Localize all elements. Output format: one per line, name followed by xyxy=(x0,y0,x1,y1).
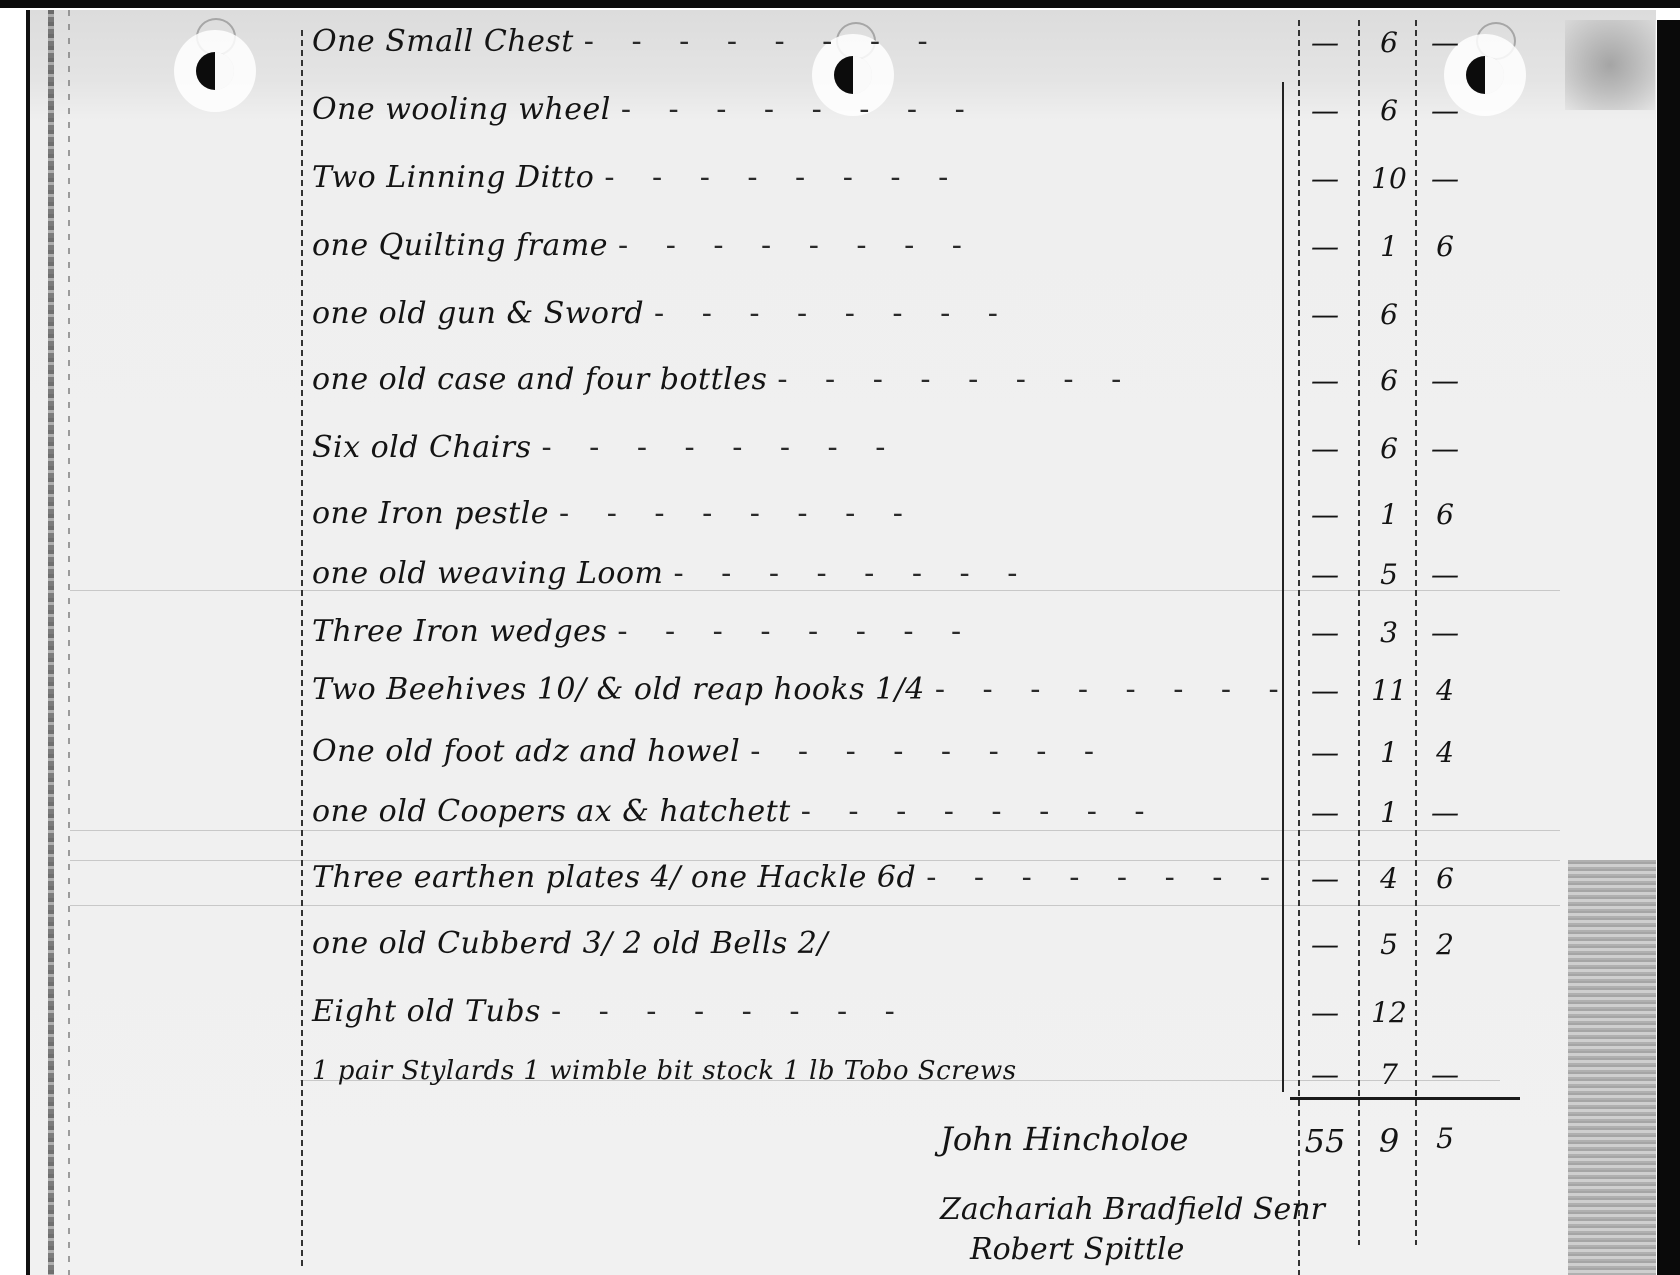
item-pounds: — xyxy=(1300,862,1350,895)
item-shillings: 6 xyxy=(1358,432,1420,465)
item-pence: — xyxy=(1420,1058,1470,1091)
ledger-row: Two Linning Ditto- - - - - - - - — 10 — xyxy=(0,160,1680,216)
item-shillings: 6 xyxy=(1358,94,1420,127)
item-pence: — xyxy=(1420,26,1470,59)
ledger-row: One old foot adz and howel- - - - - - - … xyxy=(0,734,1680,790)
item-pence: 4 xyxy=(1420,674,1470,707)
ledger-row: one old gun & Sword- - - - - - - - — 6 xyxy=(0,296,1680,352)
appraiser-signature: Zachariah Bradfield Senr xyxy=(940,1192,1325,1227)
ledger-row: one Iron pestle- - - - - - - - — 1 6 xyxy=(0,496,1680,552)
item-description: Two Linning Ditto- - - - - - - - xyxy=(312,160,962,195)
item-description: one old weaving Loom- - - - - - - - xyxy=(312,556,1031,591)
item-description: Two Beehives 10/ & old reap hooks 1/4- -… xyxy=(312,672,1293,707)
ledger-row: Six old Chairs- - - - - - - - — 6 — xyxy=(0,430,1680,486)
item-pounds: — xyxy=(1300,996,1350,1029)
item-shillings: 6 xyxy=(1358,298,1420,331)
item-description: One wooling wheel- - - - - - - - xyxy=(312,92,979,127)
item-pence: — xyxy=(1420,432,1470,465)
item-shillings: 11 xyxy=(1358,674,1420,707)
item-pounds: — xyxy=(1300,498,1350,531)
item-pounds: — xyxy=(1300,432,1350,465)
item-pence: — xyxy=(1420,558,1470,591)
item-pounds: — xyxy=(1300,230,1350,263)
item-pounds: — xyxy=(1300,162,1350,195)
appraiser-signature: Robert Spittle xyxy=(970,1232,1184,1267)
item-description: One Small Chest- - - - - - - - xyxy=(312,24,942,59)
item-pounds: — xyxy=(1300,26,1350,59)
ledger-row: Eight old Tubs- - - - - - - - — 12 xyxy=(0,994,1680,1050)
ledger-row: 1 pair Stylards 1 wimble bit stock 1 lb … xyxy=(0,1056,1680,1112)
item-description: one old Cubberd 3/ 2 old Bells 2/ xyxy=(312,926,828,961)
item-pounds: — xyxy=(1300,796,1350,829)
item-description: 1 pair Stylards 1 wimble bit stock 1 lb … xyxy=(312,1056,1017,1086)
item-pounds: — xyxy=(1300,364,1350,397)
ledger-row: Two Beehives 10/ & old reap hooks 1/4- -… xyxy=(0,672,1680,728)
item-description: one Quilting frame- - - - - - - - xyxy=(312,228,976,263)
ledger-row: one old weaving Loom- - - - - - - - — 5 … xyxy=(0,556,1680,612)
item-pence: 6 xyxy=(1420,230,1470,263)
item-pounds: — xyxy=(1300,558,1350,591)
item-shillings: 5 xyxy=(1358,558,1420,591)
total-row: John Hincholoe 55 9 5 xyxy=(0,1120,1680,1176)
item-shillings: 6 xyxy=(1358,26,1420,59)
item-shillings: 1 xyxy=(1358,736,1420,769)
item-shillings: 5 xyxy=(1358,928,1420,961)
ledger-row: Three earthen plates 4/ one Hackle 6d- -… xyxy=(0,860,1680,916)
item-description: Three earthen plates 4/ one Hackle 6d- -… xyxy=(312,860,1284,895)
ledger-row: One wooling wheel- - - - - - - - — 6 — xyxy=(0,92,1680,148)
item-shillings: 4 xyxy=(1358,862,1420,895)
item-pence: — xyxy=(1420,162,1470,195)
item-pounds: — xyxy=(1300,736,1350,769)
item-shillings: 10 xyxy=(1358,162,1420,195)
signer-name: John Hincholoe xyxy=(940,1120,1188,1158)
item-shillings: 1 xyxy=(1358,796,1420,829)
ledger-row: one Quilting frame- - - - - - - - — 1 6 xyxy=(0,228,1680,284)
item-pence: — xyxy=(1420,364,1470,397)
item-description: Six old Chairs- - - - - - - - xyxy=(312,430,899,465)
item-description: One old foot adz and howel- - - - - - - … xyxy=(312,734,1108,769)
total-pounds: 55 xyxy=(1300,1122,1350,1160)
scan-top-border xyxy=(0,0,1680,8)
item-pounds: — xyxy=(1300,616,1350,649)
item-pence: 6 xyxy=(1420,498,1470,531)
item-description: Three Iron wedges- - - - - - - - xyxy=(312,614,975,649)
item-description: one Iron pestle- - - - - - - - xyxy=(312,496,917,531)
item-pounds: — xyxy=(1300,928,1350,961)
item-pence: 2 xyxy=(1420,928,1470,961)
item-shillings: 1 xyxy=(1358,498,1420,531)
item-pence: — xyxy=(1420,616,1470,649)
item-pounds: — xyxy=(1300,94,1350,127)
item-pounds: — xyxy=(1300,298,1350,331)
item-pence: — xyxy=(1420,94,1470,127)
item-pence: 4 xyxy=(1420,736,1470,769)
ledger-row: one old Coopers ax & hatchett- - - - - -… xyxy=(0,794,1680,850)
ledger-row: One Small Chest- - - - - - - - — 6 — xyxy=(0,24,1680,80)
total-shillings: 9 xyxy=(1358,1122,1420,1160)
item-shillings: 3 xyxy=(1358,616,1420,649)
item-pounds: — xyxy=(1300,1058,1350,1091)
item-pounds: — xyxy=(1300,674,1350,707)
item-shillings: 1 xyxy=(1358,230,1420,263)
ledger-row: one old Cubberd 3/ 2 old Bells 2/ — 5 2 xyxy=(0,926,1680,982)
item-pence: — xyxy=(1420,796,1470,829)
item-pence: 6 xyxy=(1420,862,1470,895)
item-description: one old case and four bottles- - - - - -… xyxy=(312,362,1135,397)
ledger-row: Three Iron wedges- - - - - - - - — 3 — xyxy=(0,614,1680,670)
item-description: one old gun & Sword- - - - - - - - xyxy=(312,296,1012,331)
item-description: Eight old Tubs- - - - - - - - xyxy=(312,994,909,1029)
item-shillings: 6 xyxy=(1358,364,1420,397)
item-description: one old Coopers ax & hatchett- - - - - -… xyxy=(312,794,1159,829)
ledger-row: one old case and four bottles- - - - - -… xyxy=(0,362,1680,418)
item-shillings: 7 xyxy=(1358,1058,1420,1091)
item-shillings: 12 xyxy=(1358,996,1420,1029)
total-pence: 5 xyxy=(1420,1122,1470,1155)
